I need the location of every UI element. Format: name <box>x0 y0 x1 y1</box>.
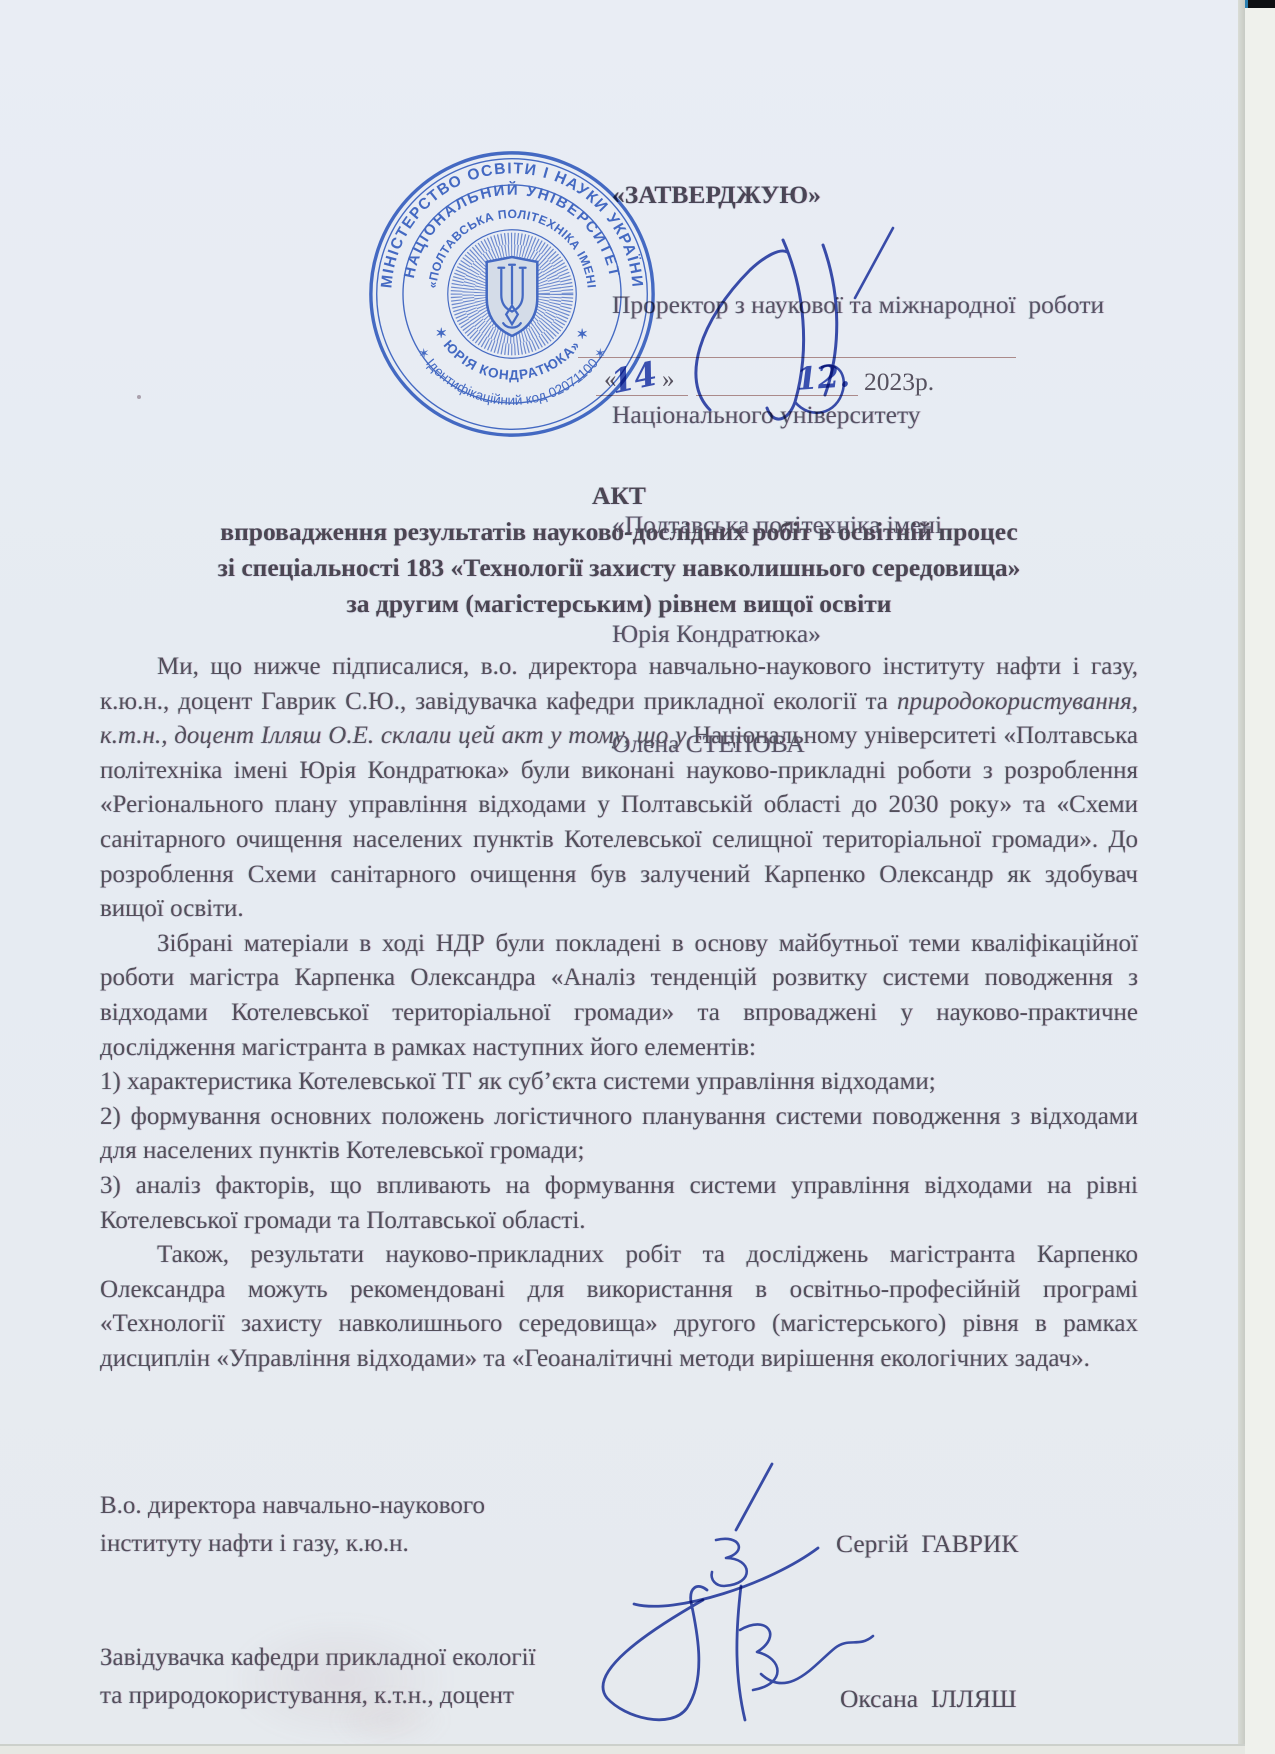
paragraph-2: Зібрані матеріали в ході НДР були поклад… <box>100 927 1138 1065</box>
trident-emblem-icon <box>487 257 538 336</box>
page-right-edge <box>1238 0 1245 1754</box>
document-title-block: АКТ впровадження результатів науково-дос… <box>100 478 1138 622</box>
title-akt: АКТ <box>100 478 1138 514</box>
document-body: Ми, що нижче підписалися, в.о. директора… <box>100 650 1138 1376</box>
title-line-2: впровадження результатів науково-дослідн… <box>100 514 1138 550</box>
title-line-3: зі спеціальності 183 «Технології захисту… <box>100 550 1138 586</box>
university-seal-stamp: МІНІСТЕРСТВО ОСВІТИ І НАУКИ УКРАЇНИ ✶ Ід… <box>366 148 658 440</box>
scanner-corner-artifact <box>1245 0 1275 8</box>
paragraph-1-regular-b: Національному університеті «Полтавська п… <box>100 722 1138 922</box>
list-item-2: 2) формування основних положень логістич… <box>100 1100 1138 1169</box>
title-line-4: за другим (магістерським) рівнем вищої о… <box>100 586 1138 622</box>
signatory-1-role-line-2: інституту нафти і газу, к.ю.н. <box>100 1525 485 1563</box>
signatory-2-role-line-1: Завідувачка кафедри прикладної екології <box>100 1639 536 1677</box>
list-item-3: 3) аналіз факторів, що впливають на форм… <box>100 1169 1138 1238</box>
signatory-2-role: Завідувачка кафедри прикладної екології … <box>100 1639 536 1714</box>
document-page: «ЗАТВЕРДЖУЮ» Проректор з наукової та між… <box>0 0 1275 1754</box>
scanner-background-strip <box>1245 0 1275 1754</box>
scan-speck <box>137 395 141 399</box>
signature-stepova-ink <box>655 210 975 440</box>
approval-heading: «ЗАТВЕРДЖУЮ» <box>612 177 1136 214</box>
signatory-2-role-line-2: та природокористування, к.т.н., доцент <box>100 1677 536 1715</box>
list-item-1: 1) характеристика Котелевської ТГ як суб… <box>100 1065 1138 1100</box>
page-bottom-edge <box>0 1744 1245 1754</box>
signatory-1-role-line-1: В.о. директора навчально-наукового <box>100 1487 485 1525</box>
signature-illiash-ink <box>575 1578 885 1743</box>
paragraph-3: Також, результати науково-прикладних роб… <box>100 1238 1138 1376</box>
paragraph-1: Ми, що нижче підписалися, в.о. директора… <box>100 650 1138 927</box>
signatory-1-role: В.о. директора навчально-наукового інсти… <box>100 1487 485 1562</box>
signatory-2-name: Оксана ІЛЛЯШ <box>840 1684 1017 1714</box>
signatory-1-name: Сергій ГАВРИК <box>836 1529 1018 1559</box>
